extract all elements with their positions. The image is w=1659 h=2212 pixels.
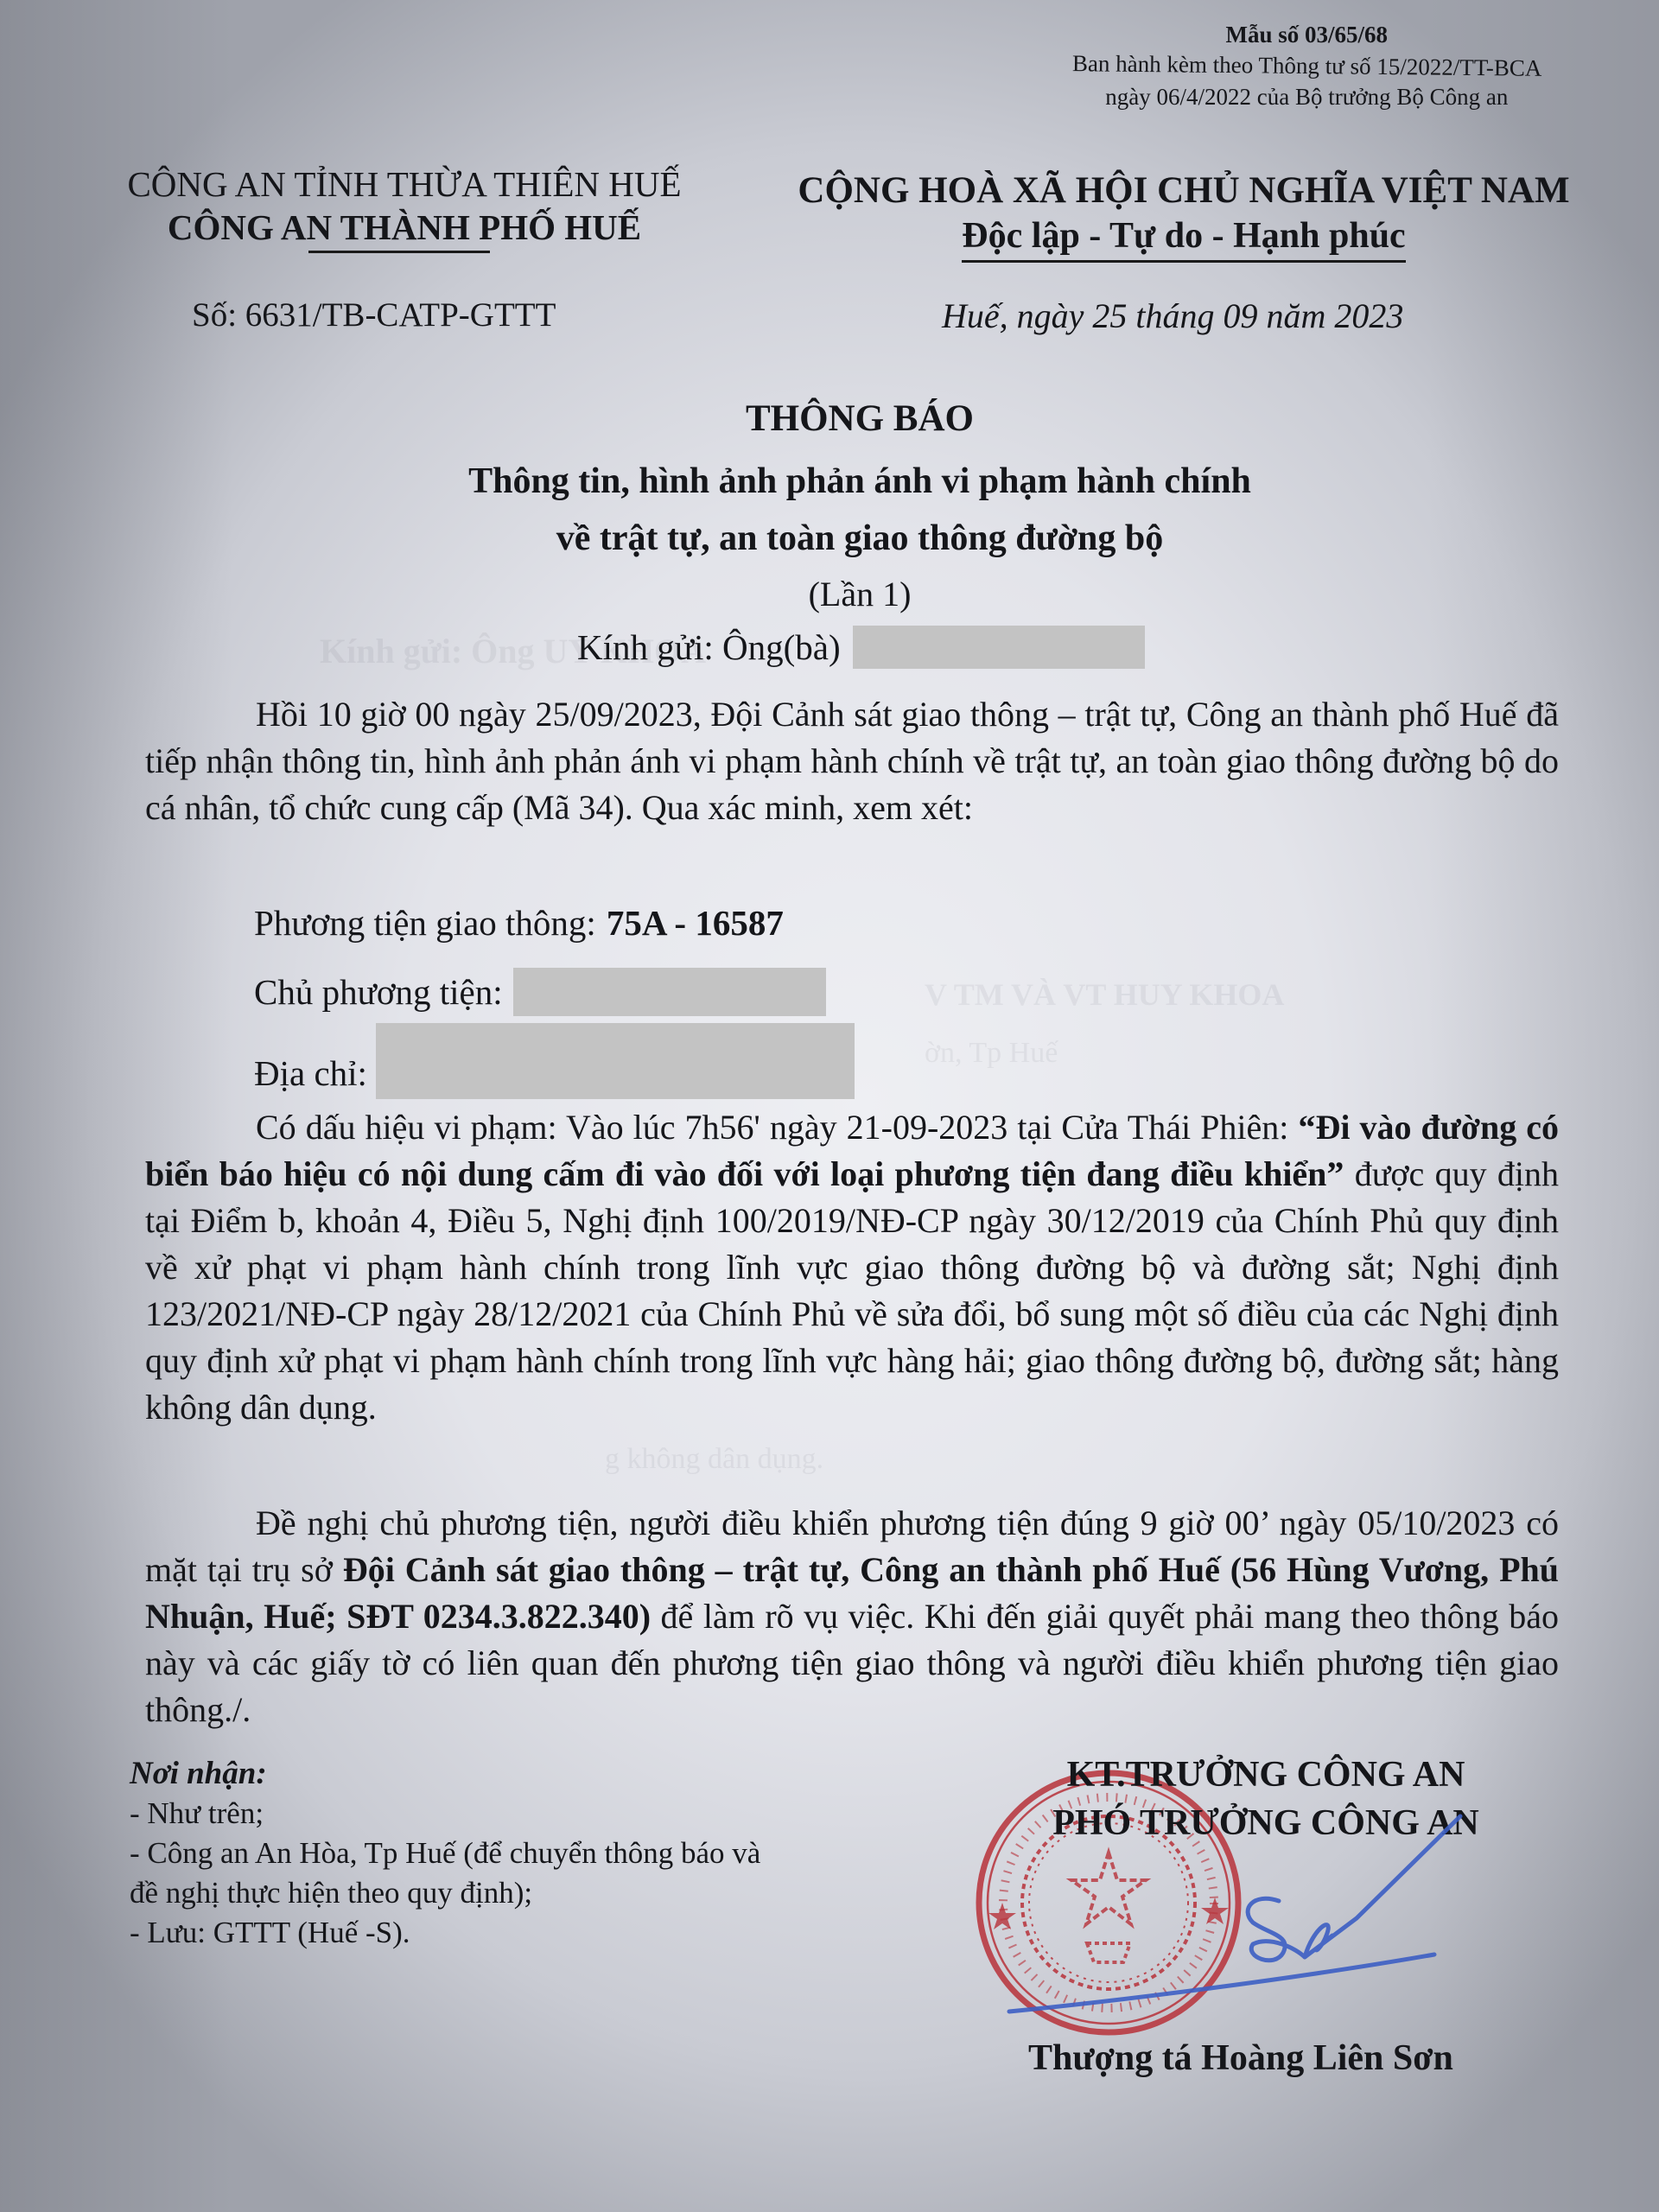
vehicle-label: Phương tiện giao thông: [254,902,596,944]
redacted-recipient-name [853,626,1145,669]
form-issuance-date: ngày 06/4/2022 của Bộ trưởng Bộ Công an [1072,81,1541,112]
bleed-through-text: g không dân dụng. [605,1443,823,1476]
violation-legal-basis: được quy định tại Điểm b, khoản 4, Điều … [145,1154,1559,1427]
place-and-date: Huế, ngày 25 tháng 09 năm 2023 [942,296,1403,336]
owner-label: Chủ phương tiện: [254,971,503,1013]
form-issuance-line: Ban hành kèm theo Thông tư số 15/2022/TT… [1071,48,1541,84]
nation-name: CỘNG HOÀ XÃ HỘI CHỦ NGHĨA VIỆT NAM [782,168,1586,213]
redacted-address [376,1023,855,1099]
paragraph-violation: Có dấu hiệu vi phạm: Vào lúc 7h56' ngày … [145,1104,1559,1431]
owner-field: Chủ phương tiện: [254,968,826,1016]
greeting: Kính gửi: Ông(bà) [577,626,1145,669]
greeting-label: Kính gửi: Ông(bà) [577,626,841,668]
recipient-item: - Như trên; [130,1794,760,1834]
agency-name: CÔNG AN TỈNH THỪA THIÊN HUẾ [93,162,715,206]
document-number: Số: 6631/TB-CATP-GTTT [192,296,556,334]
vehicle-field: Phương tiện giao thông: 75A - 16587 [254,902,784,944]
vehicle-plate: 75A - 16587 [607,902,784,944]
recipient-item: đề nghị thực hiện theo quy định); [130,1873,760,1913]
notice-attempt: (Lần 1) [0,574,1659,614]
address-field: Địa chỉ: [254,1035,855,1111]
form-number: Mẫu số 03/65/68 [1072,19,1541,50]
form-reference: Mẫu số 03/65/68 Ban hành kèm theo Thông … [1072,19,1541,112]
handwritten-signature-icon [994,1806,1529,2031]
document-subtitle: Thông tin, hình ảnh phản ánh vi phạm hàn… [0,453,1659,567]
paragraph-receipt: Hồi 10 giờ 00 ngày 25/09/2023, Đội Cảnh … [145,691,1559,831]
address-label: Địa chỉ: [254,1052,367,1094]
bleed-through-text: ờn, Tp Huế [925,1037,1058,1070]
subtitle-line: Thông tin, hình ảnh phản ánh vi phạm hàn… [0,453,1659,510]
recipient-item: - Công an An Hòa, Tp Huế (để chuyển thôn… [130,1834,760,1873]
bleed-through-text: V TM VÀ VT HUY KHOA [925,976,1284,1013]
national-motto: Độc lập - Tự do - Hạnh phúc [962,213,1405,263]
header-divider [308,251,490,253]
issuing-agency: CÔNG AN TỈNH THỪA THIÊN HUẾ CÔNG AN THÀN… [93,162,715,253]
recipients-heading: Nơi nhận: [130,1754,760,1794]
national-header: CỘNG HOÀ XÃ HỘI CHỦ NGHĨA VIỆT NAM Độc l… [782,168,1586,263]
signer-name: Thượng tá Hoàng Liên Sơn [1028,2037,1453,2079]
paragraph-summons: Đề nghị chủ phương tiện, người điều khiể… [145,1500,1559,1733]
paragraph-text: Hồi 10 giờ 00 ngày 25/09/2023, Đội Cảnh … [145,695,1559,827]
recipient-item: - Lưu: GTTT (Huế -S). [130,1913,760,1953]
unit-name: CÔNG AN THÀNH PHỐ HUẾ [93,206,715,249]
redacted-owner-name [513,968,826,1016]
signature-title-line1: KT.TRƯỞNG CÔNG AN [1002,1751,1529,1799]
document-title: THÔNG BÁO [0,397,1659,440]
subtitle-line: về trật tự, an toàn giao thông đường bộ [0,510,1659,567]
recipients-list: Nơi nhận: - Như trên; - Công an An Hòa, … [130,1754,760,1953]
violation-intro: Có dấu hiệu vi phạm: Vào lúc 7h56' ngày … [256,1108,1298,1147]
